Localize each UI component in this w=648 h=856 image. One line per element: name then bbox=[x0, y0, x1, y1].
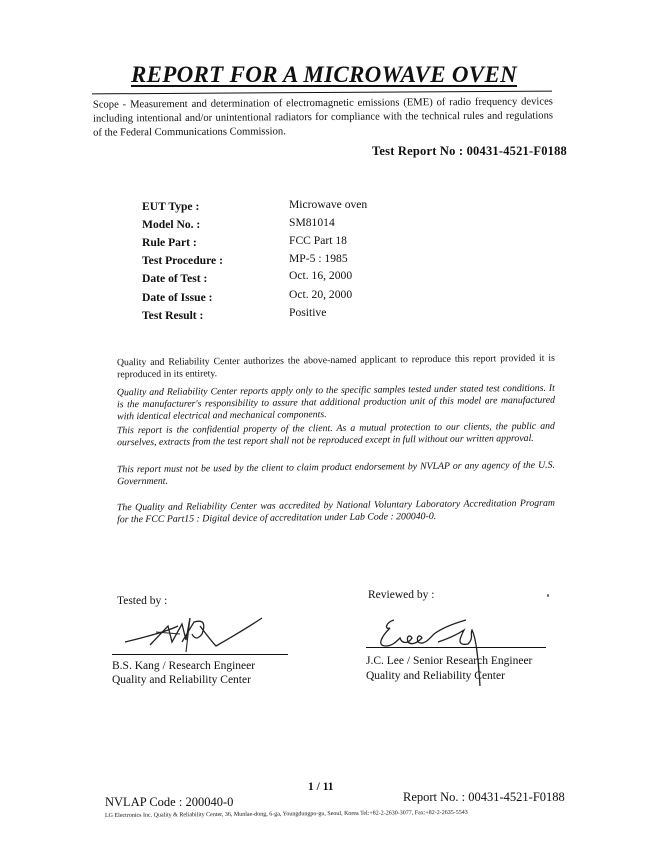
nvlap-code: NVLAP Code : 200040-0 bbox=[105, 795, 233, 810]
field-value: Positive bbox=[289, 306, 326, 319]
field-value: Microwave oven bbox=[289, 198, 367, 211]
field-label: Model No. : bbox=[142, 218, 287, 231]
title-rule bbox=[92, 91, 552, 95]
company-address: LG Electronics Inc. Quality & Reliabilit… bbox=[105, 809, 565, 819]
field-label: Date of Test : bbox=[142, 272, 287, 285]
tested-by-line bbox=[112, 654, 288, 655]
field-label: Test Procedure : bbox=[142, 254, 287, 267]
field-value: Oct. 20, 2000 bbox=[289, 288, 352, 301]
report-title-text: REPORT FOR A MICROWAVE OVEN bbox=[131, 62, 517, 87]
field-label: EUT Type : bbox=[142, 200, 287, 213]
report-title: REPORT FOR A MICROWAVE OVEN bbox=[0, 62, 648, 88]
authorization-paragraph: Quality and Reliability Center authorize… bbox=[117, 353, 555, 382]
field-label: Rule Part : bbox=[142, 236, 287, 249]
field-value: SM81014 bbox=[289, 216, 335, 229]
reviewed-by-name: J.C. Lee / Senior Research Engineer bbox=[366, 654, 532, 668]
field-value: MP-5 : 1985 bbox=[289, 252, 348, 265]
field-label: Test Result : bbox=[142, 309, 287, 322]
reviewed-by-label: Reviewed by : bbox=[368, 589, 434, 601]
tested-by-label: Tested by : bbox=[117, 595, 167, 607]
field-label: Date of Issue : bbox=[142, 291, 287, 304]
scan-speck bbox=[547, 594, 549, 597]
tested-by-signature bbox=[120, 612, 270, 654]
tested-by-name: B.S. Kang / Research Engineer bbox=[112, 659, 255, 673]
test-report-number: Test Report No : 00431-4521-F0188 bbox=[372, 144, 567, 159]
field-value: Oct. 16, 2000 bbox=[289, 269, 352, 282]
reviewed-by-org: Quality and Reliability Center bbox=[366, 669, 505, 683]
footer-report-number: Report No. : 00431-4521-F0188 bbox=[403, 790, 565, 805]
endorsement-paragraph: This report must not be used by the clie… bbox=[117, 460, 555, 489]
page-number: 1 / 11 bbox=[308, 781, 334, 793]
tested-by-org: Quality and Reliability Center bbox=[112, 673, 251, 687]
samples-paragraph: Quality and Reliability Center reports a… bbox=[117, 383, 555, 424]
accreditation-paragraph: The Quality and Reliability Center was a… bbox=[117, 498, 555, 527]
confidential-paragraph: This report is the confidential property… bbox=[117, 421, 555, 450]
scope-text: Scope - Measurement and determination of… bbox=[93, 95, 553, 140]
field-value: FCC Part 18 bbox=[289, 234, 347, 247]
reviewed-by-line bbox=[366, 647, 546, 648]
